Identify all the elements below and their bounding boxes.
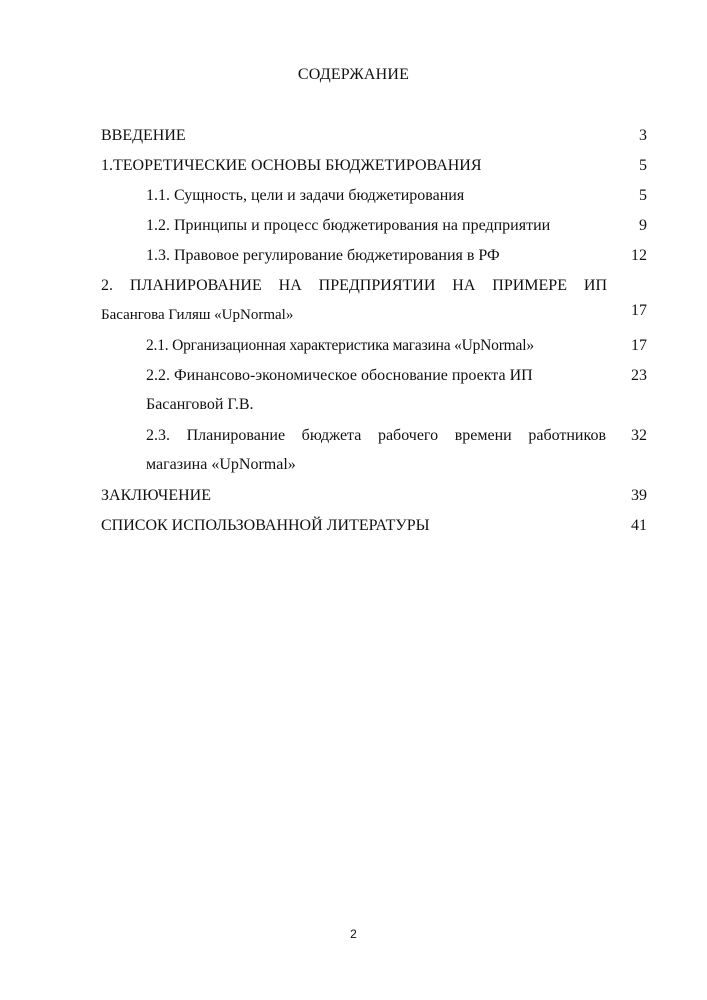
page-number: 2 [0,927,707,941]
toc-entry-text-line2: магазина «UpNormal» [146,456,296,474]
toc-entry-text: СПИСОК ИСПОЛЬЗОВАННОЙ ЛИТЕРАТУРЫ [101,516,430,536]
toc-entry-text-line2: Басангова Гиляш «UpNormal» [101,307,293,324]
toc-entry-text: 1.1. Сущность, цели и задачи бюджетирова… [146,186,464,206]
toc-entry-page: 5 [639,186,647,206]
toc-entry-text: 1.3. Правовое регулирование бюджетирован… [146,246,500,266]
toc-entry-text: ВВЕДЕНИЕ [101,126,186,146]
toc-title: СОДЕРЖАНИЕ [0,66,707,84]
toc-entry-text-line1: 2.3. Планирование бюджета рабочего време… [146,427,606,445]
toc-entry-page: 23 [631,366,647,386]
toc-entry-page: 3 [639,126,647,146]
toc-entry-text-line1: 2. ПЛАНИРОВАНИЕ НА ПРЕДПРИЯТИИ НА ПРИМЕР… [101,277,607,295]
toc-entry-text: 1.2. Принципы и процесс бюджетирования н… [146,216,550,236]
toc-entry-text: ЗАКЛЮЧЕНИЕ [101,486,211,506]
toc-entry-text: 2.1. Организационная характеристика мага… [146,336,534,356]
toc-entry-page: 32 [631,426,647,446]
toc-entry-page: 17 [631,336,647,356]
toc-entry-text-line2: Басанговой Г.В. [146,396,254,414]
toc-entry-page: 41 [631,516,647,536]
toc-entry-text: 1.ТЕОРЕТИЧЕСКИЕ ОСНОВЫ БЮДЖЕТИРОВАНИЯ [101,156,482,176]
toc-entry-text-line1: 2.2. Финансово-экономическое обоснование… [146,366,533,386]
toc-entry-page: 12 [631,246,647,266]
toc-entry-page: 39 [631,486,647,506]
toc-entry-page: 5 [639,156,647,176]
toc-entry-page: 9 [639,216,647,236]
toc-entry-page: 17 [631,301,647,321]
